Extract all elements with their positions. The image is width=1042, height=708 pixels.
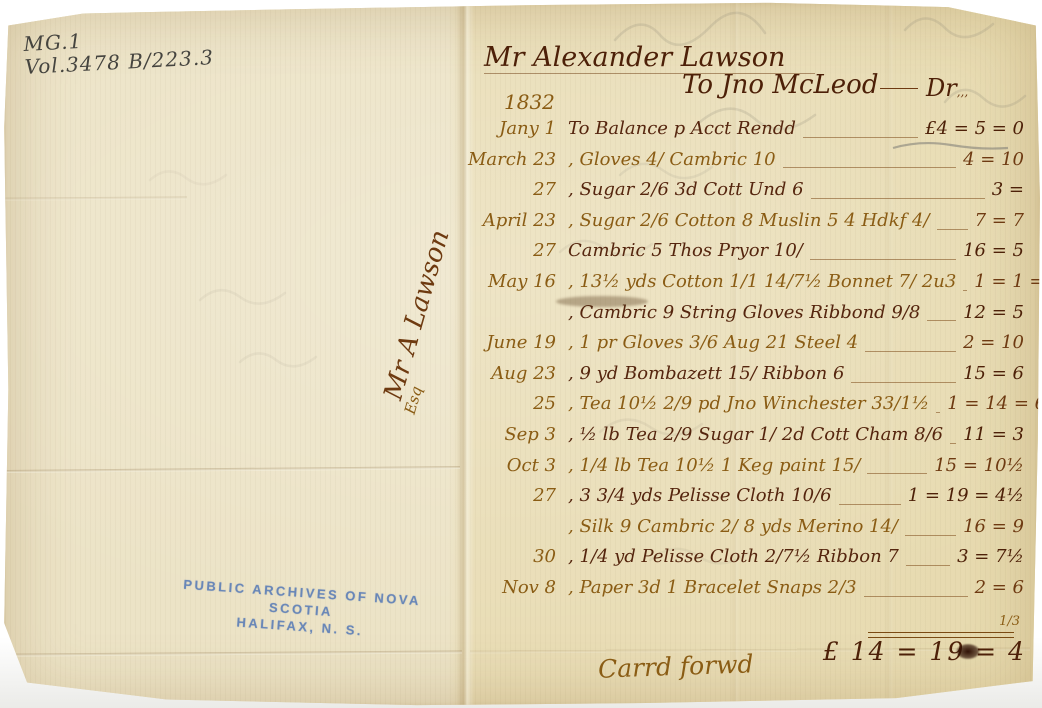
sub-total-mark: 1/3: [999, 614, 1020, 629]
entry-fill-dash: [963, 290, 967, 291]
entry-amount: 2 = 10: [963, 332, 1030, 353]
entry-description: , 13½ yds Cotton 1/1 14/7½ Bonnet 7/ 2u3: [568, 271, 956, 292]
entry-amount: 7 = 7: [975, 210, 1030, 231]
entry-date: 27: [468, 240, 556, 261]
entry-fill-dash: [803, 137, 918, 138]
entry-fill-dash: [783, 167, 957, 168]
ledger-entry-row: March 23 , Gloves 4/ Cambric 10 4 = 10: [468, 149, 1030, 180]
ledger-entry-row: May 16 , 13½ yds Cotton 1/1 14/7½ Bonnet…: [468, 271, 1030, 302]
entry-amount: 15 = 10½: [934, 455, 1030, 476]
entry-date: 27: [468, 179, 556, 200]
sideways-signature: Mr A Lawson Esq: [368, 191, 466, 440]
entry-description: , 1 pr Gloves 3/6 Aug 21 Steel 4: [568, 332, 858, 353]
ledger-entry-row: , Silk 9 Cambric 2/ 8 yds Merino 14/ 16 …: [468, 516, 1030, 547]
entry-fill-dash: [927, 320, 956, 321]
entry-description: , Sugar 2/6 Cotton 8 Muslin 5 4 Hdkf 4/: [568, 210, 930, 231]
ledger-entry-row: 27 Cambric 5 Thos Pryor 10/ 16 = 5: [468, 240, 1030, 271]
entry-description: , Sugar 2/6 3d Cott Und 6: [568, 179, 804, 200]
entry-amount: 16 = 5: [963, 240, 1030, 261]
entry-amount: 2 = 6: [975, 577, 1030, 598]
ink-smudge: [556, 296, 648, 307]
entry-fill-dash: [810, 259, 956, 260]
entry-fill-dash: [867, 473, 927, 474]
entry-date: Sep 3: [468, 424, 556, 445]
entry-description: , Gloves 4/ Cambric 10: [568, 149, 776, 170]
crease-line: [4, 650, 462, 656]
entry-amount: £4 = 5 = 0: [925, 118, 1030, 139]
total-amount: £ 14 = 19 = 4: [823, 637, 1026, 666]
entry-description: , 1/4 yd Pelisse Cloth 2/7½ Ribbon 7: [568, 546, 899, 567]
entry-amount: 12 = 5: [963, 302, 1030, 323]
entry-description: Cambric 5 Thos Pryor 10/: [568, 240, 803, 261]
entry-fill-dash: [936, 412, 940, 413]
entry-description: , 3 3/4 yds Pelisse Cloth 10/6: [568, 485, 832, 506]
entry-date: Aug 23: [468, 363, 556, 384]
ledger-entry-row: Aug 23 , 9 yd Bombazett 15/ Ribbon 6 15 …: [468, 363, 1030, 394]
entry-description: , 9 yd Bombazett 15/ Ribbon 6: [568, 363, 844, 384]
crease-line: [6, 466, 460, 473]
scanned-ledger-photo: { "archive_ref": { "line1": "MG.1", "lin…: [0, 0, 1042, 708]
entry-amount: 1 = 14 = 6: [947, 393, 1042, 414]
ledger-entry-row: Sep 3 , ½ lb Tea 2/9 Sugar 1/ 2d Cott Ch…: [468, 424, 1030, 455]
entry-amount: 11 = 3: [963, 424, 1030, 445]
ledger-entry-row: June 19 , 1 pr Gloves 3/6 Aug 21 Steel 4…: [468, 332, 1030, 363]
ledger-entry-row: 27 , 3 3/4 yds Pelisse Cloth 10/6 1 = 19…: [468, 485, 1030, 516]
archives-stamp: PUBLIC ARCHIVES OF NOVA SCOTIA HALIFAX, …: [147, 573, 456, 645]
carried-forward-label: Carrd forwd: [598, 649, 754, 683]
entry-description: , Tea 10½ 2/9 pd Jno Winchester 33/1½: [568, 393, 929, 414]
entry-description: , 1/4 lb Tea 10½ 1 Keg paint 15/: [568, 455, 860, 476]
entry-date: Nov 8: [468, 577, 556, 598]
entry-fill-dash: [864, 596, 968, 597]
ledger-entry-row: , Cambric 9 String Gloves Ribbond 9/8 12…: [468, 302, 1030, 333]
entry-amount: 16 = 9: [963, 516, 1030, 537]
entry-fill-dash: [937, 229, 968, 230]
crease-line: [2, 196, 187, 200]
entry-date: 30: [468, 546, 556, 567]
entry-date: June 19: [468, 332, 556, 353]
archive-reference-number: MG.1 Vol.3478 B/223.3: [23, 23, 215, 79]
entry-description: To Balance p Acct Rendd: [568, 118, 796, 139]
ledger-entry-row: Nov 8 , Paper 3d 1 Bracelet Snaps 2/3 2 …: [468, 577, 1030, 608]
entry-amount: 3 =: [992, 179, 1030, 200]
entry-amount: 1 = 19 = 4½: [908, 485, 1030, 506]
debit-abbreviation: Dr,,,: [926, 74, 968, 102]
entry-amount: 15 = 6: [963, 363, 1030, 384]
entry-date: April 23: [468, 210, 556, 231]
ledger-entry-row: 27 , Sugar 2/6 3d Cott Und 6 3 =: [468, 179, 1030, 210]
ledger-entry-row: 25 , Tea 10½ 2/9 pd Jno Winchester 33/1½…: [468, 393, 1030, 424]
entry-date: 25: [468, 393, 556, 414]
ink-blot: [952, 641, 984, 662]
entry-fill-dash: [905, 535, 956, 536]
ledger-entry-row: Jany 1 To Balance p Acct Rendd £4 = 5 = …: [468, 118, 1030, 149]
entry-date: Oct 3: [468, 455, 556, 476]
aged-paper-sheet: MG.1 Vol.3478 B/223.3 Mr A Lawson Esq PU…: [0, 0, 1042, 708]
entry-fill-dash: [906, 565, 950, 566]
entry-date: May 16: [468, 271, 556, 292]
entry-description: , Paper 3d 1 Bracelet Snaps 2/3: [568, 577, 857, 598]
creditor-name: To Jno McLeod: [682, 70, 878, 100]
entry-amount: 3 = 7½: [957, 546, 1030, 567]
entry-amount: 4 = 10: [963, 149, 1030, 170]
entry-fill-dash: [851, 382, 956, 383]
entry-description: , Silk 9 Cambric 2/ 8 yds Merino 14/: [568, 516, 898, 537]
entry-fill-dash: [839, 504, 901, 505]
entry-fill-dash: [950, 443, 956, 444]
ledger-entry-row: 30 , 1/4 yd Pelisse Cloth 2/7½ Ribbon 7 …: [468, 546, 1030, 577]
entry-description: , ½ lb Tea 2/9 Sugar 1/ 2d Cott Cham 8/6: [568, 424, 943, 445]
ledger-rows: Jany 1 To Balance p Acct Rendd £4 = 5 = …: [468, 118, 1030, 608]
entry-date: 27: [468, 485, 556, 506]
entry-fill-dash: [811, 198, 985, 199]
signature-name: Mr A Lawson: [378, 227, 455, 404]
ledger-year: 1832: [504, 90, 555, 114]
creditor-dash: [880, 88, 918, 89]
entry-date: March 23: [468, 149, 556, 170]
ledger-entry-row: April 23 , Sugar 2/6 Cotton 8 Muslin 5 4…: [468, 210, 1030, 241]
entry-fill-dash: [865, 351, 956, 352]
entry-amount: 1 = 1 = 10½: [974, 271, 1042, 292]
entry-date: Jany 1: [468, 118, 556, 139]
ledger-entry-row: Oct 3 , 1/4 lb Tea 10½ 1 Keg paint 15/ 1…: [468, 455, 1030, 486]
